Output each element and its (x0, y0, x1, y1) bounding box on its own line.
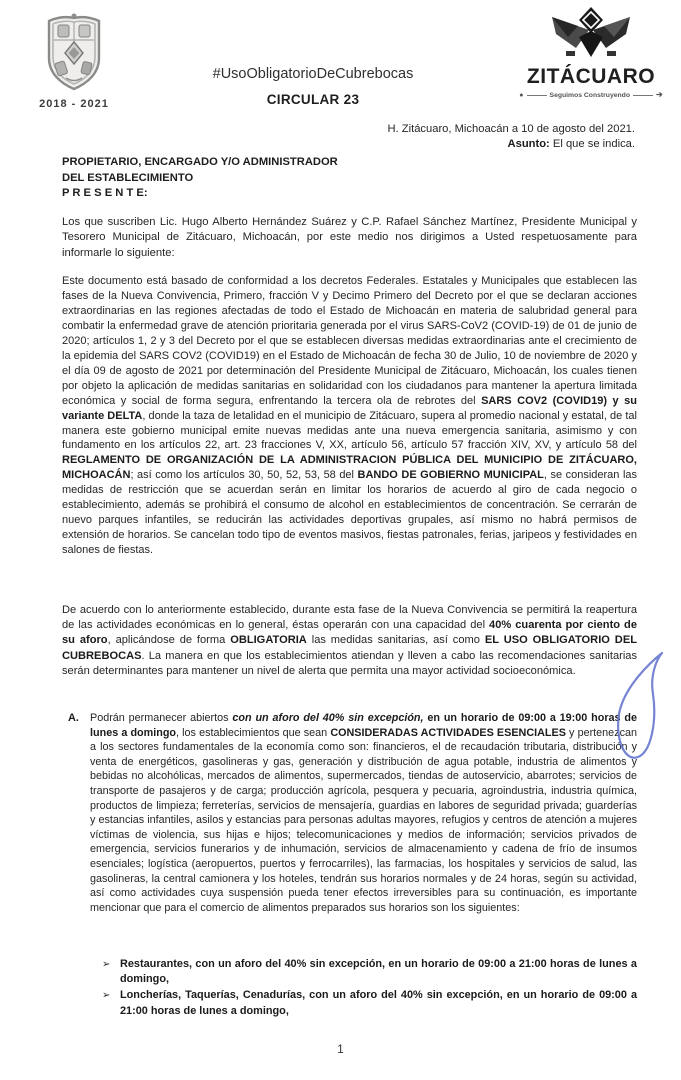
addressee-line-1: PROPIETARIO, ENCARGADO Y/O ADMINISTRADOR (62, 155, 338, 171)
document-title: CIRCULAR 23 (133, 92, 493, 107)
hashtag-line: #UsoObligatorioDeCubrebocas (133, 66, 493, 82)
page-number: 1 (0, 1044, 681, 1056)
coat-of-arms-caption: 2018 - 2021 (36, 98, 112, 110)
paragraph-reopening: De acuerdo con lo anteriormente establec… (62, 603, 637, 679)
dateline-block: H. Zitácuaro, Michoacán a 10 de agosto d… (387, 122, 635, 152)
tagline-dot-icon: ● (519, 92, 523, 99)
arrow-bullet-icon: ➢ (102, 988, 120, 1003)
list-item-a: A. Podrán permanecer abiertos con un afo… (68, 711, 637, 915)
brand-tagline-text: Seguimos Construyendo (550, 92, 630, 99)
coat-of-arms-block: 2018 - 2021 (36, 12, 112, 110)
pen-loop-annotation-icon (612, 650, 668, 768)
list-item: ➢ Restaurantes, con un aforo del 40% sin… (102, 957, 637, 987)
paragraph-intro: Los que suscriben Lic. Hugo Alberto Hern… (62, 215, 637, 261)
subject-label: Asunto: (508, 138, 550, 150)
bullet-text-loncherias: Loncherías, Taquerías, Cenadurías, con u… (120, 988, 637, 1018)
subject-value: El que se indica. (550, 138, 635, 150)
bullet-list: ➢ Restaurantes, con un aforo del 40% sin… (102, 957, 637, 1020)
butterfly-emblem-icon (548, 7, 634, 59)
addressee-line-2: DEL ESTABLECIMIENTO (62, 171, 338, 187)
bullet-text-restaurantes: Restaurantes, con un aforo del 40% sin e… (120, 957, 637, 987)
tagline-arrow-icon: ➔ (656, 91, 663, 99)
brand-logo-block: ZITÁCUARO ● Seguimos Construyendo ➔ (515, 7, 667, 99)
addressee-block: PROPIETARIO, ENCARGADO Y/O ADMINISTRADOR… (62, 155, 338, 202)
addressee-line-3: P R E S E N T E: (62, 186, 338, 202)
tagline-line-left (527, 95, 547, 96)
document-titles: #UsoObligatorioDeCubrebocas CIRCULAR 23 (133, 66, 493, 107)
subject-line: Asunto: El que se indica. (387, 137, 635, 152)
paragraph-legal-basis: Este documento está basado de conformida… (62, 274, 637, 558)
list-item: ➢ Loncherías, Taquerías, Cenadurías, con… (102, 988, 637, 1018)
scanned-circular-page: 2018 - 2021 ZITÁCUARO ● Seguimos Constru… (0, 0, 681, 1080)
item-a-text: Podrán permanecer abiertos con un aforo … (90, 711, 637, 915)
place-date-line: H. Zitácuaro, Michoacán a 10 de agosto d… (387, 122, 635, 137)
arrow-bullet-icon: ➢ (102, 957, 120, 972)
coat-of-arms-icon (42, 12, 106, 92)
brand-tagline: ● Seguimos Construyendo ➔ (515, 91, 667, 99)
tagline-line-right (633, 95, 653, 96)
brand-title: ZITÁCUARO (515, 65, 667, 89)
item-a-label: A. (68, 711, 90, 726)
